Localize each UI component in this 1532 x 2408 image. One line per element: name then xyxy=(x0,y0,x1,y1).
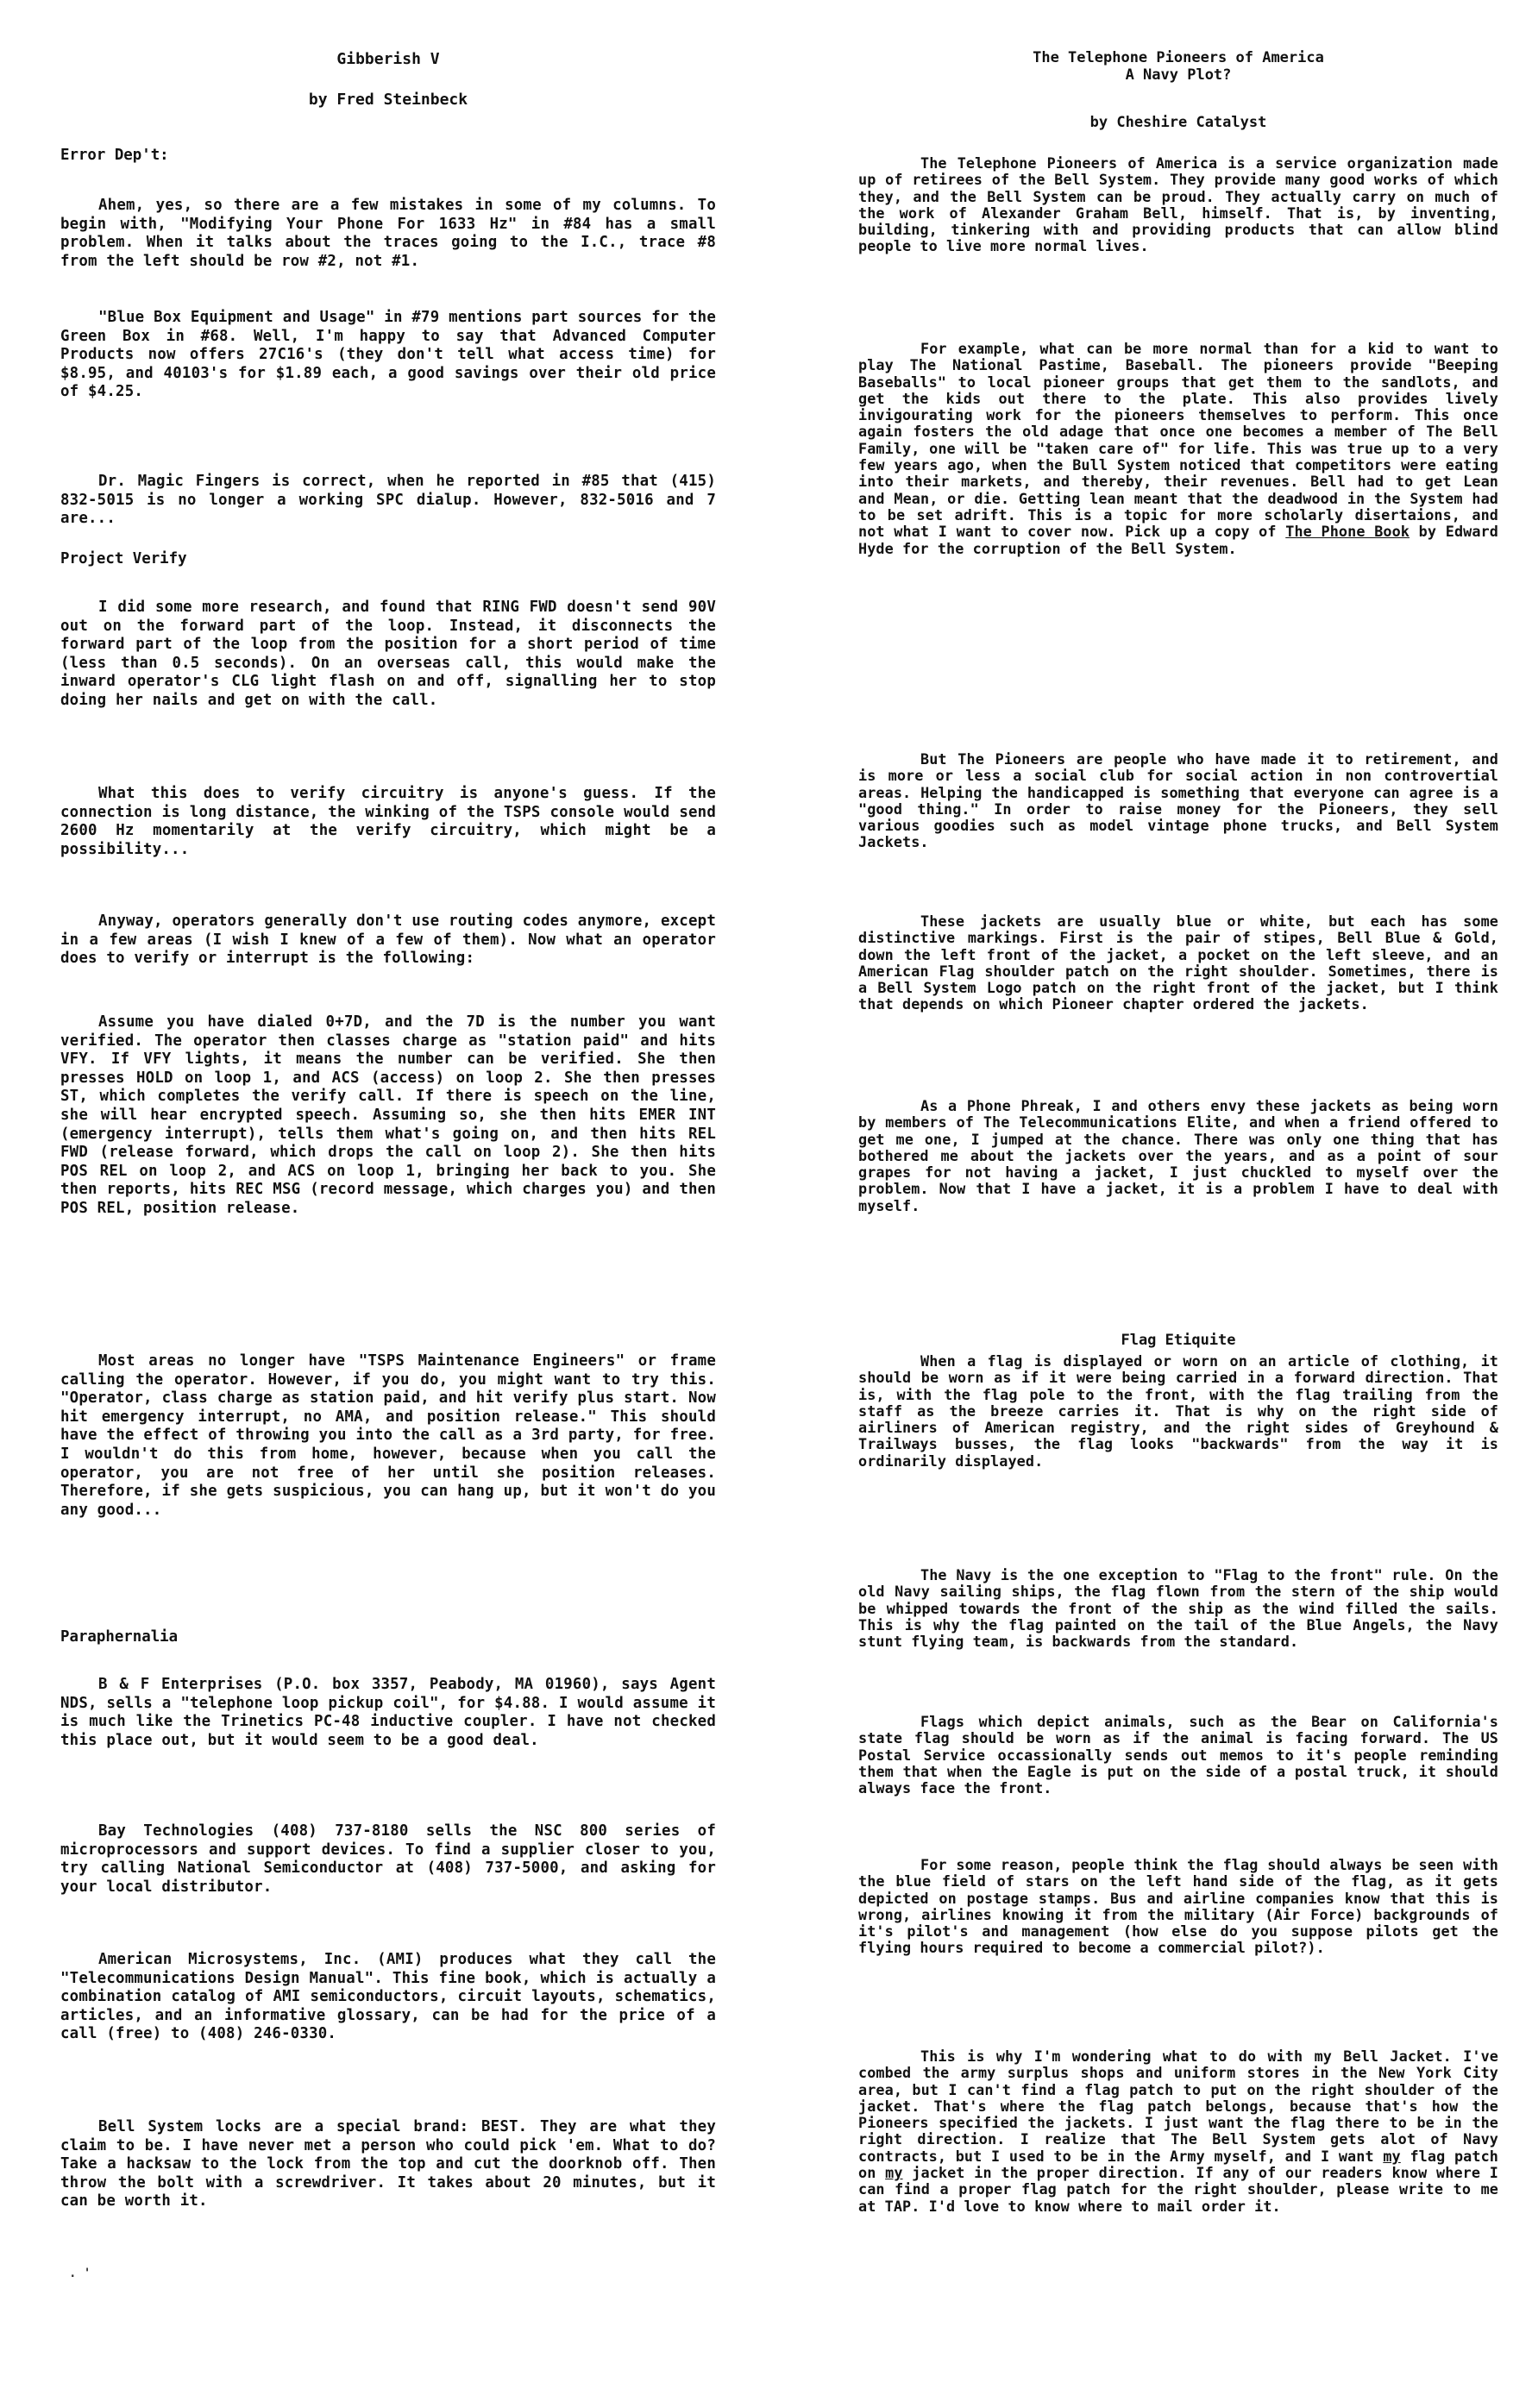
paragraph: What this does to verify circuitry is an… xyxy=(60,785,716,859)
paragraph: Most areas no longer have "TSPS Maintena… xyxy=(60,1352,716,1520)
book-title: The Phone Book xyxy=(1285,523,1410,540)
title-line-1: The Telephone Pioneers of America xyxy=(858,49,1498,66)
paragraph: But The Pioneers are people who have mad… xyxy=(858,751,1498,851)
title-line-2: A Navy Plot? xyxy=(858,66,1498,84)
paragraph: These jackets are usually blue or white,… xyxy=(858,913,1498,1013)
article-title: The Telephone Pioneers of America A Navy… xyxy=(858,49,1498,84)
paragraph: The Telephone Pioneers of America is a s… xyxy=(858,155,1498,255)
paragraph: The Navy is the one exception to "Flag t… xyxy=(858,1567,1498,1650)
paragraph: B & F Enterprises (P.O. box 3357, Peabod… xyxy=(60,1676,716,1750)
section-heading-flag-etiquite: Flag Etiquite xyxy=(858,1332,1498,1349)
paragraph: American Microsystems, Inc. (AMI) produc… xyxy=(60,1951,716,2044)
stray-marks: . ' xyxy=(69,2267,91,2280)
section-heading-paraphernalia: Paraphernalia xyxy=(60,1628,178,1646)
article-title: Gibberish V xyxy=(60,50,716,68)
paragraph: Assume you have dialed 0+7D, and the 7D … xyxy=(60,1013,716,1219)
article-byline: by Fred Steinbeck xyxy=(60,91,716,109)
paragraph: For some reason, people think the flag s… xyxy=(858,1857,1498,1957)
paragraph: As a Phone Phreak, I and others envy the… xyxy=(858,1098,1498,1214)
section-heading-error-dept: Error Dep't: xyxy=(60,147,169,164)
article-byline: by Cheshire Catalyst xyxy=(858,114,1498,131)
paragraph: Bell System locks are a special brand: B… xyxy=(60,2118,716,2211)
paragraph: Anyway, operators generally don't use ro… xyxy=(60,912,716,969)
section-heading-project-verify: Project Verify xyxy=(60,550,187,568)
paragraph: I did some more research, and found that… xyxy=(60,599,716,711)
paragraph: Bay Technologies (408) 737-8180 sells th… xyxy=(60,1822,716,1897)
paragraph: When a flag is displayed or worn on an a… xyxy=(858,1353,1498,1470)
paragraph: Ahem, yes, so there are a few mistakes i… xyxy=(60,197,716,271)
paragraph: Flags which depict animals, such as the … xyxy=(858,1714,1498,1797)
paragraph: "Blue Box Equipment and Usage" in #79 me… xyxy=(60,309,716,402)
paragraph: Dr. Magic Fingers is correct, when he re… xyxy=(60,473,716,529)
paragraph: This is why I'm wondering what to do wit… xyxy=(858,2048,1498,2215)
paragraph: For example, what can be more normal tha… xyxy=(858,341,1498,557)
